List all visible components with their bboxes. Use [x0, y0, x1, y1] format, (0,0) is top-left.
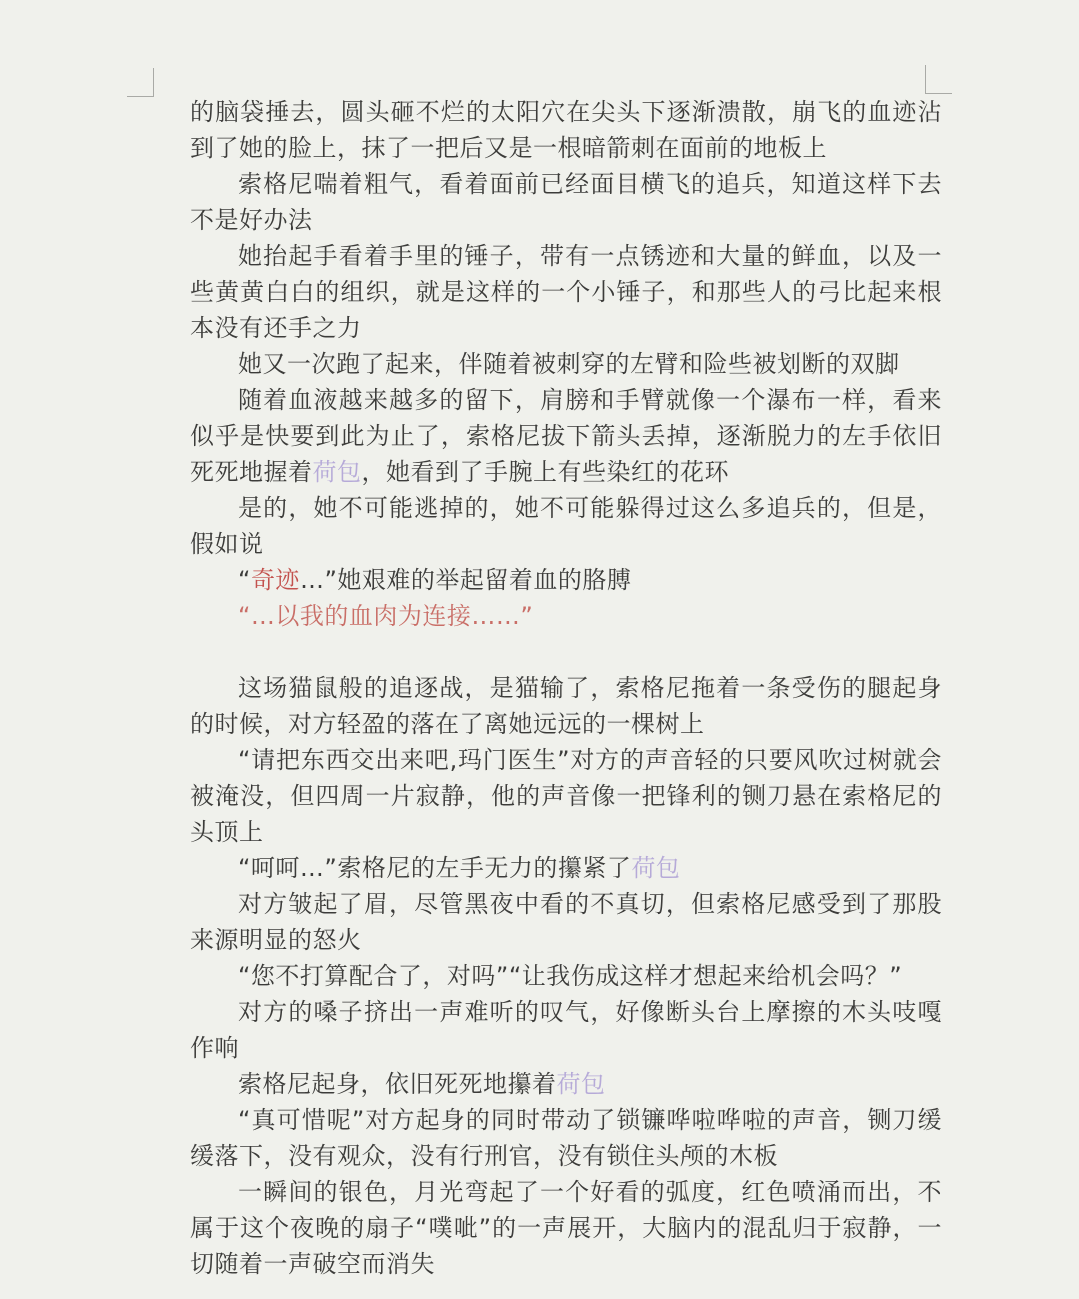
text-run: 对方皱起了眉，尽管黑夜中看的不真切，但索格尼感受到了那股来源明显的怒火 [190, 890, 942, 954]
text-run: 对方的嗓子挤出一声难听的叹气，好像断头台上摩擦的木头吱嘎作响 [190, 998, 942, 1062]
paragraph: “请把东西交出来吧,玛门医生”对方的声音轻的只要风吹过树就会被淹没，但四周一片寂… [190, 742, 942, 850]
paragraph: 对方皱起了眉，尽管黑夜中看的不真切，但索格尼感受到了那股来源明显的怒火 [190, 886, 942, 958]
text-run: “呵呵…”索格尼的左手无力的攥紧了 [238, 854, 631, 882]
paragraph: 对方的嗓子挤出一声难听的叹气，好像断头台上摩擦的木头吱嘎作响 [190, 994, 942, 1066]
paragraph: 索格尼起身，依旧死死地攥着荷包 [190, 1066, 942, 1102]
paragraph: 索格尼喘着粗气，看着面前已经面目横飞的追兵，知道这样下去不是好办法 [190, 166, 942, 238]
blank-line [190, 634, 942, 670]
paragraph: “您不打算配合了，对吗”“让我伤成这样才想起来给机会吗？” [190, 958, 942, 994]
text-run: 这场猫鼠般的追逐战，是猫输了，索格尼拖着一条受伤的腿起身的时候，对方轻盈的落在了… [190, 674, 942, 738]
paragraph: 的脑袋捶去，圆头砸不烂的太阳穴在尖头下逐渐溃散，崩飞的血迹沾到了她的脸上，抹了一… [190, 94, 942, 166]
text-run: 索格尼起身，依旧死死地攥着 [238, 1070, 557, 1098]
text-run: 一瞬间的银色，月光弯起了一个好看的弧度，红色喷涌而出，不属于这个夜晚的扇子“噗呲… [190, 1178, 942, 1278]
colored-text-run: 荷包 [631, 854, 680, 882]
text-run: 是的，她不可能逃掉的，她不可能躲得过这么多追兵的，但是，假如说 [190, 494, 942, 558]
text-run: ，她看到了手腕上有些染红的花环 [362, 458, 730, 486]
text-run: “请把东西交出来吧,玛门医生”对方的声音轻的只要风吹过树就会被淹没，但四周一片寂… [190, 746, 942, 846]
text-run: …”她艰难的举起留着血的胳膊 [300, 566, 631, 594]
colored-text-run: “…以我的血肉为连接……” [238, 602, 533, 630]
paragraph: “奇迹…”她艰难的举起留着血的胳膊 [190, 562, 942, 598]
paragraph: 一瞬间的银色，月光弯起了一个好看的弧度，红色喷涌而出，不属于这个夜晚的扇子“噗呲… [190, 1174, 942, 1282]
text-run: “您不打算配合了，对吗”“让我伤成这样才想起来给机会吗？” [238, 962, 902, 990]
text-boundary-mark-top-right [925, 65, 952, 94]
paragraph: 她又一次跑了起来，伴随着被刺穿的左臂和险些被划断的双脚 [190, 346, 942, 382]
document-text-area: 的脑袋捶去，圆头砸不烂的太阳穴在尖头下逐渐溃散，崩飞的血迹沾到了她的脸上，抹了一… [190, 94, 942, 1282]
text-boundary-mark-top-left [127, 68, 154, 97]
text-run: “真可惜呢”对方起身的同时带动了锁镰哗啦哗啦的声音，铡刀缓缓落下，没有观众，没有… [190, 1106, 942, 1170]
colored-text-run: 奇迹 [251, 566, 300, 594]
paragraph: “真可惜呢”对方起身的同时带动了锁镰哗啦哗啦的声音，铡刀缓缓落下，没有观众，没有… [190, 1102, 942, 1174]
paragraph: 她抬起手看着手里的锤子，带有一点锈迹和大量的鲜血，以及一些黄黄白白的组织，就是这… [190, 238, 942, 346]
paragraph: “呵呵…”索格尼的左手无力的攥紧了荷包 [190, 850, 942, 886]
colored-text-run: 荷包 [313, 458, 362, 486]
paragraph: “…以我的血肉为连接……” [190, 598, 942, 634]
paragraph: 这场猫鼠般的追逐战，是猫输了，索格尼拖着一条受伤的腿起身的时候，对方轻盈的落在了… [190, 670, 942, 742]
text-run: 她又一次跑了起来，伴随着被刺穿的左臂和险些被划断的双脚 [238, 350, 900, 378]
text-run: “ [238, 566, 251, 594]
text-run: 索格尼喘着粗气，看着面前已经面目横飞的追兵，知道这样下去不是好办法 [190, 170, 942, 234]
document-page: 的脑袋捶去，圆头砸不烂的太阳穴在尖头下逐渐溃散，崩飞的血迹沾到了她的脸上，抹了一… [0, 0, 1079, 1299]
text-run: 的脑袋捶去，圆头砸不烂的太阳穴在尖头下逐渐溃散，崩飞的血迹沾到了她的脸上，抹了一… [190, 98, 942, 162]
text-run: 她抬起手看着手里的锤子，带有一点锈迹和大量的鲜血，以及一些黄黄白白的组织，就是这… [190, 242, 942, 342]
colored-text-run: 荷包 [557, 1070, 606, 1098]
paragraph: 是的，她不可能逃掉的，她不可能躲得过这么多追兵的，但是，假如说 [190, 490, 942, 562]
paragraph: 随着血液越来越多的留下，肩膀和手臂就像一个瀑布一样，看来似乎是快要到此为止了，索… [190, 382, 942, 490]
